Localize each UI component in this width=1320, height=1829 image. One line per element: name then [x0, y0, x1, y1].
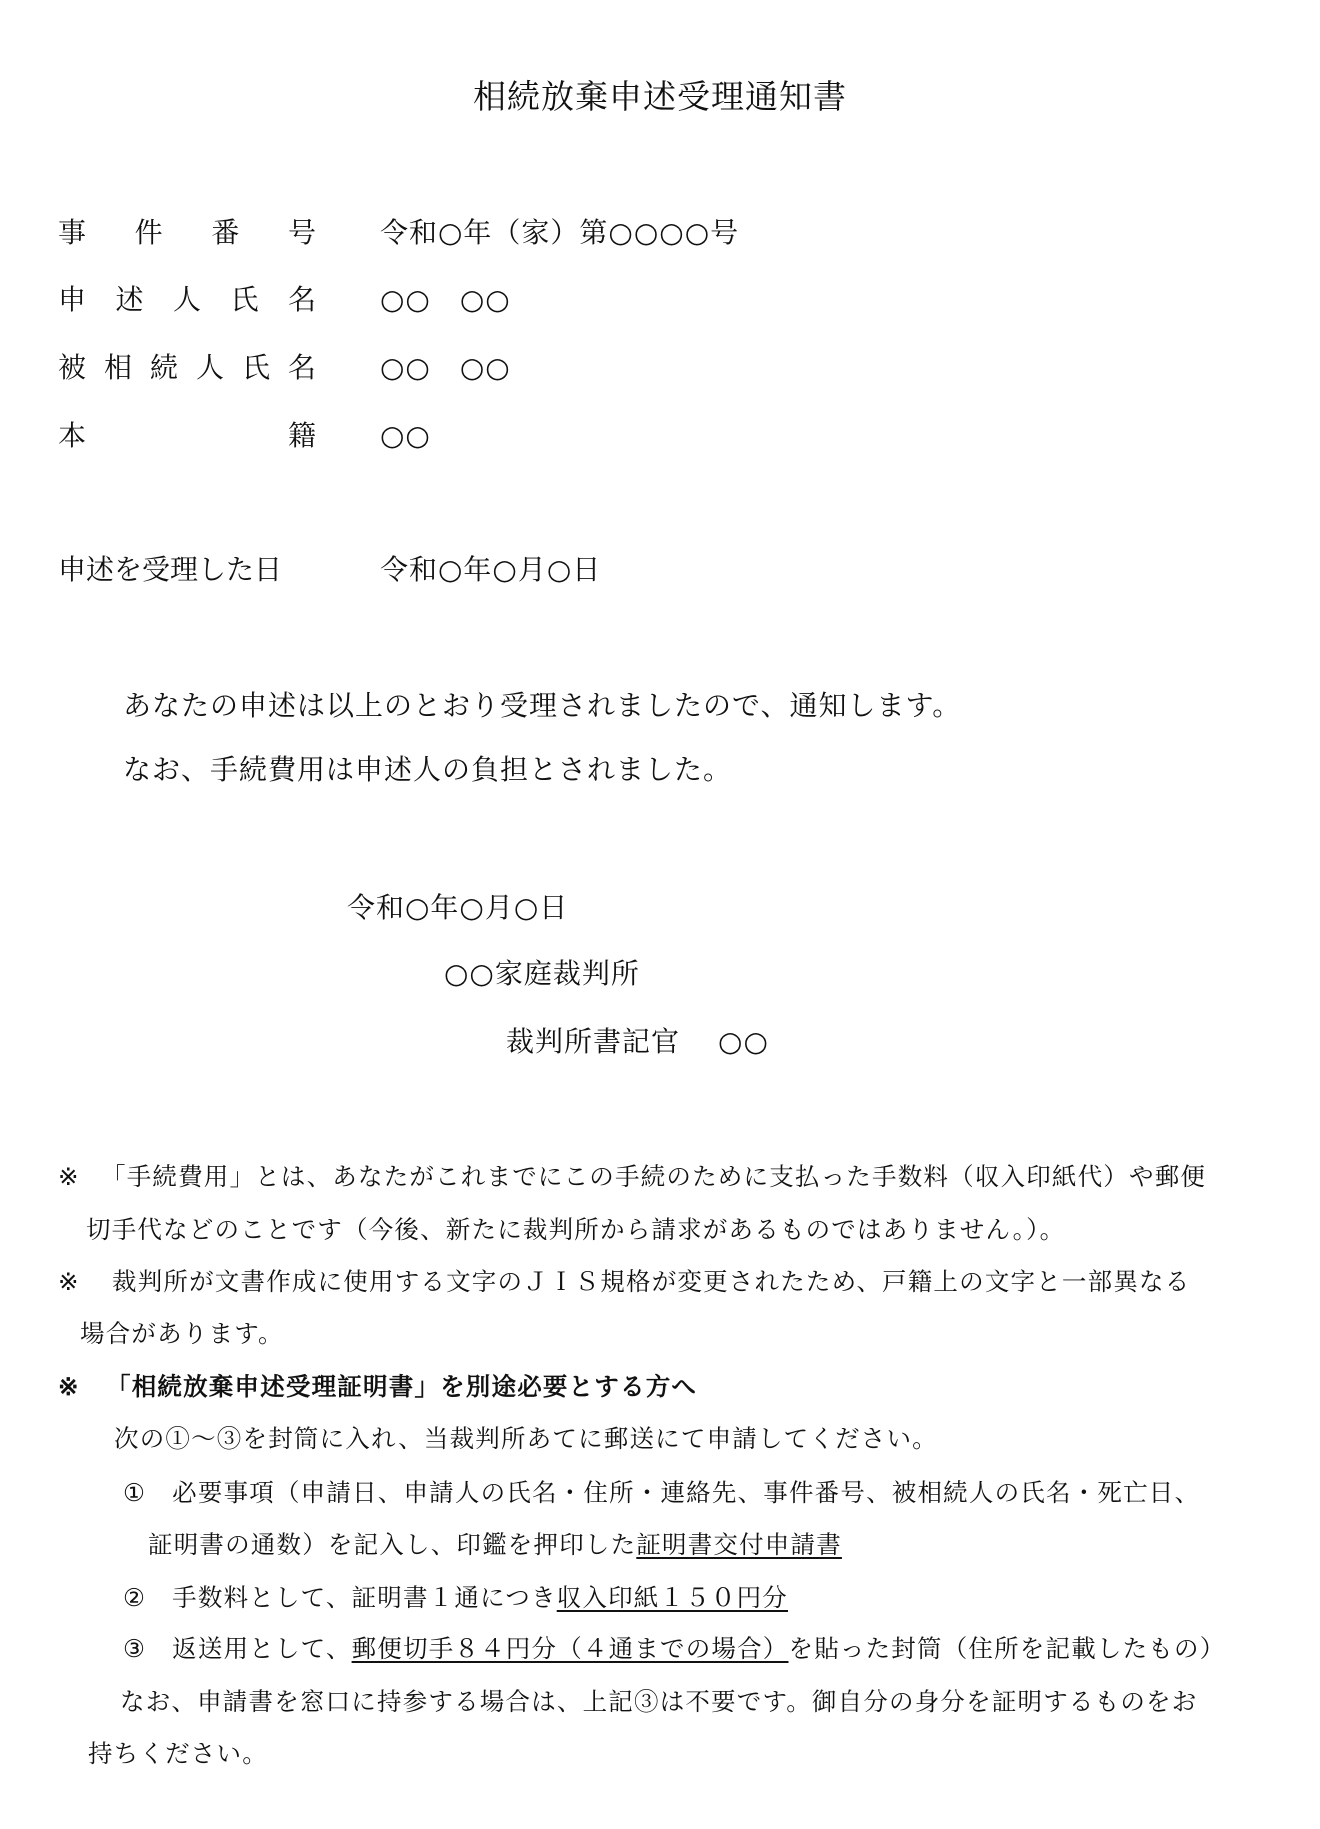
clerk-title: 裁判所書記官 — [506, 1025, 680, 1058]
note3-closing-line1: なお、申請書を窓口に持参する場合は、上記③は不要です。御自分の身分を証明するもの… — [120, 1690, 1197, 1715]
note2-line2: 場合があります。 — [80, 1322, 284, 1347]
note3-heading-bold: 「相続放棄申述受理証明書」 — [106, 1372, 440, 1401]
label-char: 氏 — [230, 286, 258, 314]
label-char: 人 — [196, 354, 224, 382]
field-label-domicile: 本 籍 — [58, 422, 316, 450]
note1-line1: 「手続費用」とは、あなたがこれまでにこの手続のために支払った手数料（収入印紙代）… — [101, 1165, 1206, 1190]
label-char: 名 — [288, 286, 316, 314]
note-mark-1: ※ — [58, 1165, 79, 1190]
note-mark-3: ※ — [58, 1375, 79, 1400]
label-char: 相 — [104, 354, 132, 382]
clerk-line: 裁判所書記官○○ — [506, 1028, 769, 1056]
label-char: 被 — [58, 354, 86, 382]
field-label-applicant-name: 申 述 人 氏 名 — [58, 286, 316, 314]
label-char: 述 — [115, 286, 143, 314]
note3-heading-rest: を別途必要とする方へ — [440, 1372, 697, 1401]
item1-text: 必要事項（申請日、申請人の氏名・住所・連絡先、事件番号、被相続人の氏名・死亡日、 — [172, 1478, 1200, 1507]
label-char: 籍 — [288, 422, 316, 450]
field-value-case-number: 令和○年（家）第○○○○号 — [380, 219, 739, 247]
field-label-case-number: 事 件 番 号 — [58, 219, 316, 247]
note-mark-2: ※ — [58, 1270, 79, 1295]
field-value-decedent-name: ○○ ○○ — [380, 354, 511, 382]
item3-underlined: 郵便切手８４円分（４通までの場合） — [352, 1634, 789, 1663]
note3-heading: 「相続放棄申述受理証明書」を別途必要とする方へ — [106, 1375, 697, 1400]
field-value-applicant-name: ○○ ○○ — [380, 286, 511, 314]
item-number: ② — [123, 1583, 146, 1612]
label-char: 事 — [58, 219, 86, 247]
note3-item1-line1: ①必要事項（申請日、申請人の氏名・住所・連絡先、事件番号、被相続人の氏名・死亡日… — [123, 1481, 1200, 1506]
label-char: 申 — [58, 286, 86, 314]
label-char: 名 — [288, 354, 316, 382]
note3-closing-line2: 持ちください。 — [88, 1742, 268, 1767]
note3-item3: ③返送用として、郵便切手８４円分（４通までの場合）を貼った封筒（住所を記載したも… — [123, 1637, 1225, 1662]
label-char: 件 — [135, 219, 163, 247]
received-date-value: 令和○年○月○日 — [380, 556, 601, 584]
court-name: ○○家庭裁判所 — [444, 960, 640, 988]
body-line-2: なお、手続費用は申述人の負担とされました。 — [123, 756, 732, 784]
note2-line1: 裁判所が文書作成に使用する文字のＪＩＳ規格が変更されたため、戸籍上の文字と一部異… — [112, 1270, 1190, 1295]
label-char: 番 — [211, 219, 239, 247]
item-number: ③ — [123, 1634, 146, 1663]
note3-item1-line2: 証明書の通数）を記入し、印鑑を押印した証明書交付申請書 — [148, 1533, 842, 1558]
note3-intro: 次の①～③を封筒に入れ、当裁判所あてに郵送にて申請してください。 — [114, 1427, 938, 1452]
field-label-decedent-name: 被 相 続 人 氏 名 — [58, 354, 316, 382]
received-date-label: 申述を受理した日 — [58, 556, 282, 584]
document-title: 相続放棄申述受理通知書 — [0, 80, 1320, 113]
note1-line2: 切手代などのことです（今後、新たに裁判所から請求があるものではありません。）。 — [86, 1218, 1065, 1243]
item2-plain: 手数料として、証明書１通につき — [172, 1583, 557, 1612]
label-char: 本 — [58, 422, 86, 450]
body-line-1: あなたの申述は以上のとおり受理されましたので、通知します。 — [123, 692, 961, 720]
label-char: 氏 — [242, 354, 270, 382]
item3-plain-after: を貼った封筒（住所を記載したもの） — [789, 1634, 1226, 1663]
label-char: 続 — [150, 354, 178, 382]
note3-item2: ②手数料として、証明書１通につき収入印紙１５０円分 — [123, 1586, 788, 1611]
label-char: 号 — [288, 219, 316, 247]
field-value-domicile: ○○ — [380, 422, 431, 450]
item1-underlined: 証明書交付申請書 — [636, 1530, 842, 1559]
item-number: ① — [123, 1478, 146, 1507]
signature-date: 令和○年○月○日 — [347, 894, 568, 922]
clerk-name: ○○ — [718, 1025, 769, 1058]
item1-plain: 証明書の通数）を記入し、印鑑を押印した — [148, 1530, 636, 1559]
label-char: 人 — [173, 286, 201, 314]
item3-plain-before: 返送用として、 — [172, 1634, 351, 1663]
item2-underlined: 収入印紙１５０円分 — [557, 1583, 788, 1612]
